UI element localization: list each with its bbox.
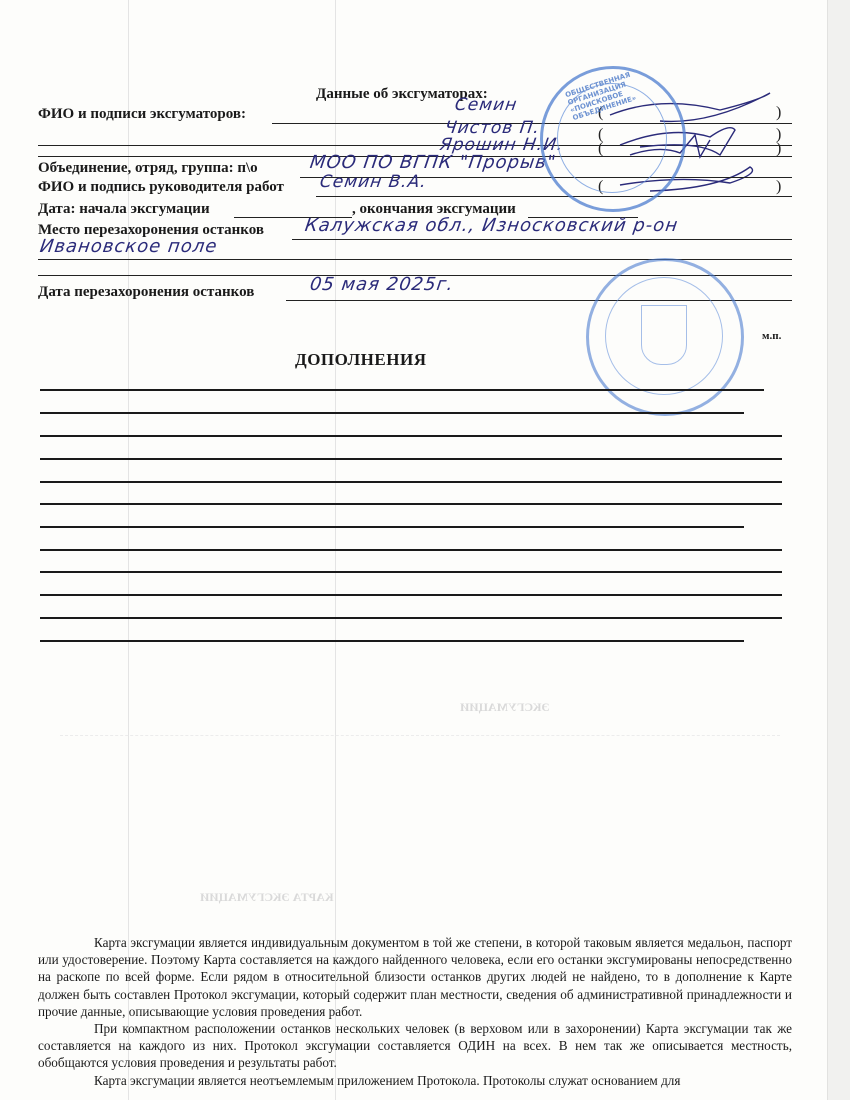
bleed-through-text (60, 735, 780, 816)
leader-label: ФИО и подпись руководителя работ (38, 179, 284, 196)
stamp-place-label: м.п. (762, 330, 781, 342)
unit-value: МОО ПО ВГПК "Прорыв" (309, 152, 558, 173)
reburial-date-label: Дата перезахоронения останков (38, 284, 254, 301)
reburial-place-value-line1: Калужская обл., Износковский р-он (304, 215, 680, 236)
additions-line[interactable] (40, 617, 782, 619)
additions-heading: ДОПОЛНЕНИЯ (295, 350, 426, 370)
additions-line[interactable] (40, 412, 744, 414)
additions-line[interactable] (40, 640, 744, 642)
reburial-date-value: 05 мая 2025г. (309, 274, 456, 295)
field-underline (292, 239, 792, 240)
unit-label: Объединение, отряд, группа: п\о (38, 160, 258, 177)
additions-line[interactable] (40, 549, 782, 551)
exhumator-name-1: Семин (454, 95, 519, 115)
additions-line[interactable] (40, 389, 764, 391)
paragraph-2: При компактном расположении останков нес… (38, 1020, 792, 1072)
additions-line[interactable] (40, 503, 782, 505)
instructions-text: Карта эксгумации является индивидуальным… (38, 934, 792, 1089)
leader-value: Семин В.А. (319, 172, 429, 192)
organization-stamp: ОБЩЕСТВЕННАЯ ОРГАНИЗАЦИЯ «ПОИСКОВОЕ ОБЪЕ… (540, 66, 686, 212)
paragraph-3: Карта эксгумации является неотъемлемым п… (38, 1072, 792, 1089)
scan-edge (827, 0, 850, 1100)
additions-line[interactable] (40, 435, 782, 437)
date-start-label: Дата: начала эксгумации (38, 201, 210, 218)
signature-bracket: ) (776, 178, 781, 196)
coat-of-arms-icon (641, 305, 687, 365)
paragraph-1: Карта эксгумации является индивидуальным… (38, 934, 792, 1020)
field-underline (316, 196, 792, 197)
bleed-through-text: КАРТА ЭКСГУМАЦИИ (200, 890, 334, 905)
reburial-place-value-line2: Ивановское поле (39, 236, 219, 257)
additions-line[interactable] (40, 594, 782, 596)
additions-line[interactable] (40, 458, 782, 460)
additions-line[interactable] (40, 481, 782, 483)
administration-stamp (586, 258, 744, 416)
additions-line[interactable] (40, 526, 744, 528)
additions-line[interactable] (40, 571, 782, 573)
exhumators-label: ФИО и подписи эксгуматоров: (38, 106, 246, 123)
bleed-through-text: ЭКСГУМАЦИИ (460, 700, 550, 715)
